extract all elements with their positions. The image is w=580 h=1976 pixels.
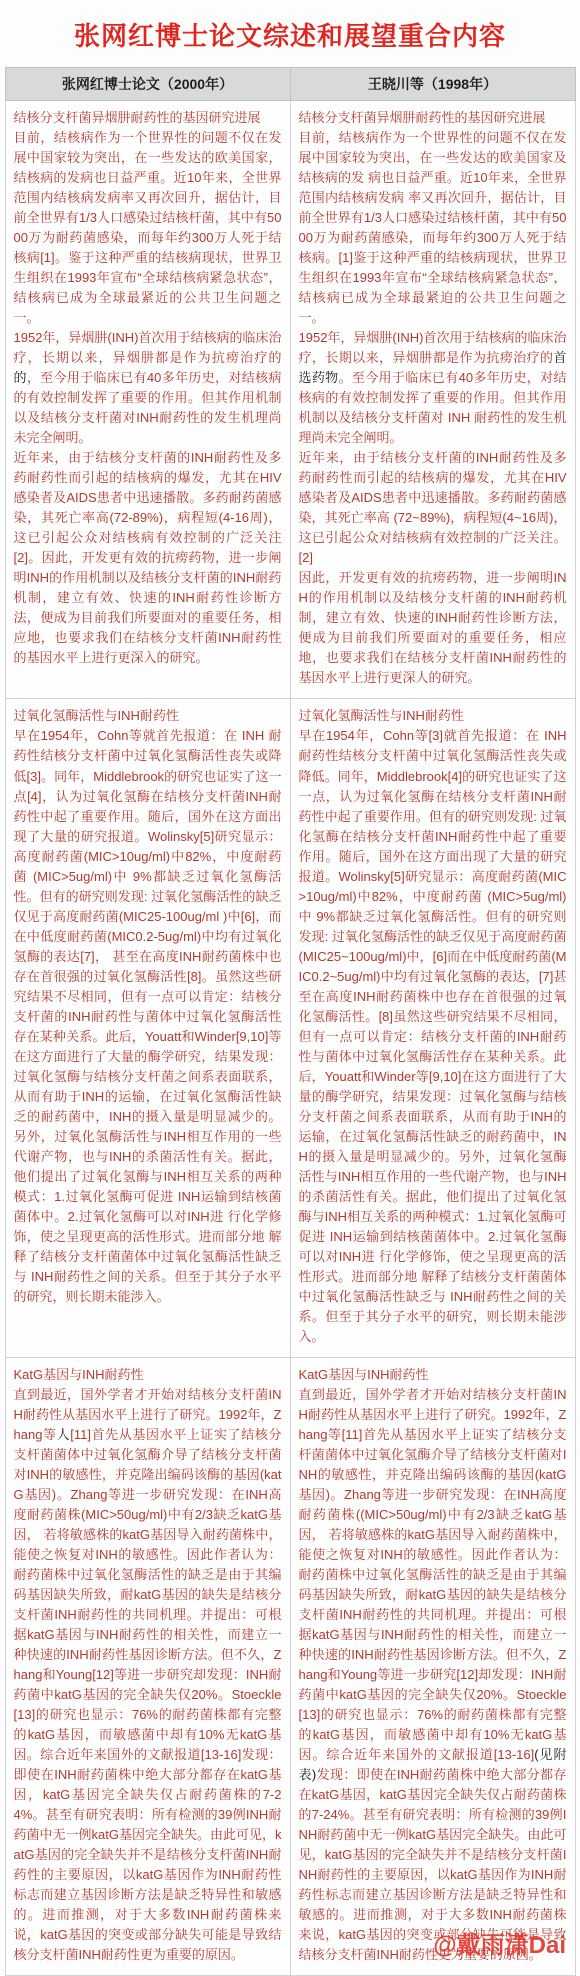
paragraph: 结核分支杆菌异烟肼耐药性的基因研究进展 — [14, 108, 282, 128]
comparison-table: 张网红博士论文（2000年） 王晓川等（1998年） 结核分支杆菌异烟肼耐药性的… — [5, 67, 576, 1976]
overlap-text: 早在1954年，Cohn等就首先报道：在 INH 耐药性结核分支杆菌中过氧化氢酶… — [14, 728, 282, 1303]
paragraph: 过氧化氢酶活性与INH耐药性 — [299, 706, 567, 726]
overlap-text: 目前，结核病作为一个世界性的问题不仅在发展中国家较为突出，在一些发达的欧美国家及… — [299, 130, 567, 325]
paper-cell-left: 结核分支杆菌异烟肼耐药性的基因研究进展目前，结核病作为一个世界性的问题不仅在发展… — [5, 101, 290, 699]
overlap-text: 结核分支杆菌异烟肼耐药性的基因研究进展 — [14, 110, 261, 125]
paper-cell-right: KatG基因与INH耐药性直到最近，国外学者才开始对结核分支杆菌INH耐药性从基… — [290, 1357, 575, 1975]
paragraph: 早在1954年，Cohn等就首先报道：在 INH 耐药性结核分支杆菌中过氧化氢酶… — [14, 726, 282, 1306]
comparison-table-body: 结核分支杆菌异烟肼耐药性的基因研究进展目前，结核病作为一个世界性的问题不仅在发展… — [5, 101, 575, 1976]
overlap-text: 1952年，异烟肼(INH)首次用于结核病的临床治疗，长期以来，异烟肼都是作为抗… — [14, 330, 282, 365]
diff-text: 人 — [57, 1427, 71, 1442]
overlap-text: 近年来，由于结核分支杆菌的INH耐药性及多药耐药性而引起的结核病的爆发，尤其在H… — [299, 450, 567, 565]
overlap-text: [11]首先从基因水平上证实了结核分支杆菌菌体中过氧化氢酶介导了结核分支杆菌对I… — [14, 1427, 282, 1962]
paragraph: KatG基因与INH耐药性 — [14, 1365, 282, 1385]
paragraph: 目前，结核病作为一个世界性的问题不仅在发展中国家较为突出，在一些发达的欧美国家，… — [14, 128, 282, 328]
paragraph: 1952年，异烟肼(INH)首次用于结核病的临床治疗，长期以来，异烟肼都是作为抗… — [299, 328, 567, 448]
overlap-text: 过氧化氢酶活性与INH耐药性 — [14, 708, 179, 723]
overlap-text: 早在1954年，Cohn等[3]就首先报道：在 INH 耐药性结核分支杆菌中过氧… — [299, 728, 567, 1343]
paper-cell-right: 结核分支杆菌异烟肼耐药性的基因研究进展目前，结核病作为一个世界性的问题不仅在发展… — [290, 101, 575, 699]
overlap-text: 近年来，由于结核分支杆菌的INH耐药性及多药耐药性而引起的结核病的爆发，尤其在H… — [14, 450, 282, 665]
overlap-text: 结核分支杆菌异烟肼耐药性的基因研究进展 — [299, 110, 546, 125]
paper-cell-left: 过氧化氢酶活性与INH耐药性早在1954年，Cohn等就首先报道：在 INH 耐… — [5, 699, 290, 1358]
paragraph: 直到最近，国外学者才开始对结核分支杆菌INH耐药性从基因水平上进行了研究。199… — [299, 1385, 567, 1965]
overlap-text: 直到最近，国外学者才开始对结核分支杆菌INH耐药性从基因水平上进行了研究。199… — [299, 1387, 567, 1762]
paragraph: 因此，开发更有效的抗痨药物，进一步阐明INH的作用机制以及结核分支杆菌的INH耐… — [299, 568, 567, 688]
paragraph: KatG基因与INH耐药性 — [299, 1365, 567, 1385]
table-header-row: 张网红博士论文（2000年） 王晓川等（1998年） — [5, 68, 575, 101]
overlap-text: 。至今用于临床已有40多年历史，对结核病的有效控制发挥了重要的作用。但其作用机制… — [299, 370, 567, 445]
paragraph: 结核分支杆菌异烟肼耐药性的基因研究进展 — [299, 108, 567, 128]
overlap-text: KatG基因与INH耐药性 — [14, 1367, 144, 1382]
overlap-text: 目前，结核病作为一个世界性的问题不仅在发展中国家较为突出，在一些发达的欧美国家，… — [14, 130, 282, 325]
overlap-text: 过氧化氢酶活性与INH耐药性 — [299, 708, 464, 723]
table-row: 过氧化氢酶活性与INH耐药性早在1954年，Cohn等就首先报道：在 INH 耐… — [5, 699, 575, 1358]
column-header-right: 王晓川等（1998年） — [290, 68, 575, 101]
overlap-text: 1952年，异烟肼(INH)首次用于结核病的临床治疗，长期以来，异烟肼都是作为抗… — [299, 330, 567, 365]
overlap-text: 发现：即使在INH耐药菌株中绝大部分都存在katG基因，katG基因完全缺失仅占… — [299, 1767, 567, 1962]
diff-text: 的 — [14, 370, 27, 385]
paragraph: 早在1954年，Cohn等[3]就首先报道：在 INH 耐药性结核分支杆菌中过氧… — [299, 726, 567, 1346]
overlap-text: 因此，开发更有效的抗痨药物，进一步阐明INH的作用机制以及结核分支杆菌的INH耐… — [299, 570, 567, 685]
page: 张网红博士论文综述和展望重合内容 张网红博士论文（2000年） 王晓川等（199… — [0, 0, 580, 1976]
paragraph: 1952年，异烟肼(INH)首次用于结核病的临床治疗，长期以来，异烟肼都是作为抗… — [14, 328, 282, 448]
paragraph: 直到最近，国外学者才开始对结核分支杆菌INH耐药性从基因水平上进行了研究。199… — [14, 1385, 282, 1965]
table-row: KatG基因与INH耐药性直到最近，国外学者才开始对结核分支杆菌INH耐药性从基… — [5, 1357, 575, 1975]
overlap-text: ，至今用于临床已有40多年历史，对结核病的有效控制发挥了重要的作用。但其作用机制… — [14, 370, 282, 445]
overlap-text: KatG基因与INH耐药性 — [299, 1367, 429, 1382]
table-row: 结核分支杆菌异烟肼耐药性的基因研究进展目前，结核病作为一个世界性的问题不仅在发展… — [5, 101, 575, 699]
paper-cell-left: KatG基因与INH耐药性直到最近，国外学者才开始对结核分支杆菌INH耐药性从基… — [5, 1357, 290, 1975]
paragraph: 近年来，由于结核分支杆菌的INH耐药性及多药耐药性而引起的结核病的爆发，尤其在H… — [14, 448, 282, 668]
paper-cell-right: 过氧化氢酶活性与INH耐药性早在1954年，Cohn等[3]就首先报道：在 IN… — [290, 699, 575, 1358]
paragraph: 过氧化氢酶活性与INH耐药性 — [14, 706, 282, 726]
page-title: 张网红博士论文综述和展望重合内容 — [0, 0, 580, 67]
paragraph: 近年来，由于结核分支杆菌的INH耐药性及多药耐药性而引起的结核病的爆发，尤其在H… — [299, 448, 567, 568]
paragraph: 目前，结核病作为一个世界性的问题不仅在发展中国家较为突出，在一些发达的欧美国家及… — [299, 128, 567, 328]
column-header-left: 张网红博士论文（2000年） — [5, 68, 290, 101]
